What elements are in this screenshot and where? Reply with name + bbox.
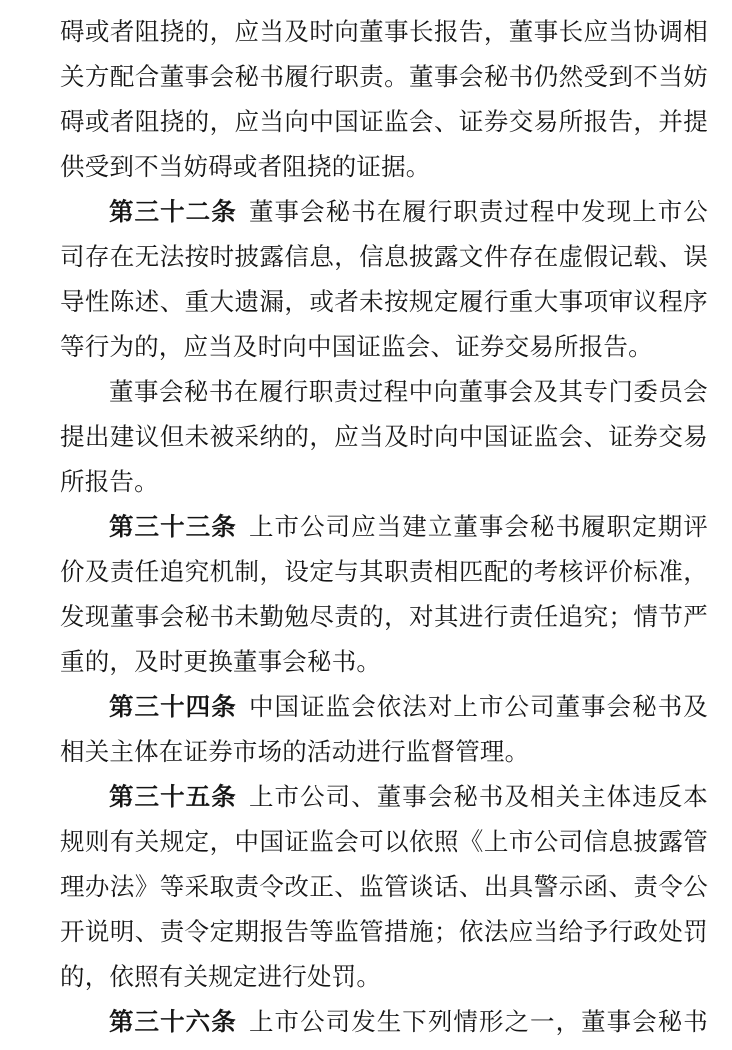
- paragraph-text: 碍或者阻挠的，应当及时向董事长报告，董事长应当协调相关方配合董事会秘书履行职责。…: [60, 19, 708, 181]
- document-body: 碍或者阻挠的，应当及时向董事长报告，董事长应当协调相关方配合董事会秘书履行职责。…: [60, 10, 708, 1045]
- paragraph-text: 上市公司发生下列情形之一，董事会秘书: [249, 1009, 708, 1036]
- paragraph: 碍或者阻挠的，应当及时向董事长报告，董事长应当协调相关方配合董事会秘书履行职责。…: [60, 10, 708, 190]
- paragraph: 第三十二条董事会秘书在履行职责过程中发现上市公司存在无法按时披露信息，信息披露文…: [60, 190, 708, 370]
- article-number: 第三十二条: [109, 199, 237, 226]
- paragraph: 董事会秘书在履行职责过程中向董事会及其专门委员会提出建议但未被采纳的，应当及时向…: [60, 370, 708, 505]
- paragraph: 第三十四条中国证监会依法对上市公司董事会秘书及相关主体在证券市场的活动进行监督管…: [60, 685, 708, 775]
- paragraph: 第三十六条上市公司发生下列情形之一，董事会秘书: [60, 1000, 708, 1045]
- paragraph-text: 董事会秘书在履行职责过程中向董事会及其专门委员会提出建议但未被采纳的，应当及时向…: [60, 379, 708, 496]
- paragraph-text: 上市公司、董事会秘书及相关主体违反本规则有关规定，中国证监会可以依照《上市公司信…: [60, 784, 708, 991]
- article-number: 第三十三条: [109, 514, 237, 541]
- article-number: 第三十五条: [109, 784, 237, 811]
- article-number: 第三十六条: [109, 1009, 237, 1036]
- document-page: 碍或者阻挠的，应当及时向董事长报告，董事长应当协调相关方配合董事会秘书履行职责。…: [0, 0, 732, 1050]
- paragraph: 第三十五条上市公司、董事会秘书及相关主体违反本规则有关规定，中国证监会可以依照《…: [60, 775, 708, 1000]
- paragraph: 第三十三条上市公司应当建立董事会秘书履职定期评价及责任追究机制，设定与其职责相匹…: [60, 505, 708, 685]
- article-number: 第三十四条: [109, 694, 237, 721]
